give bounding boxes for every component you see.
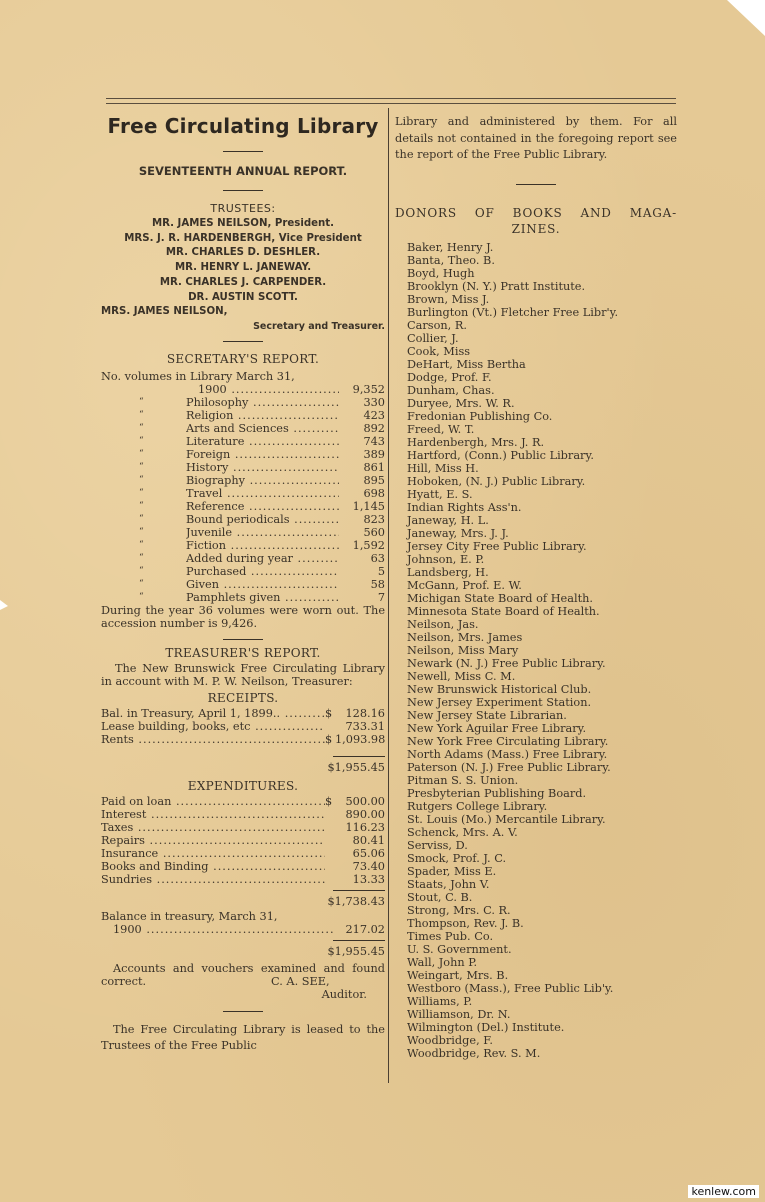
divider — [223, 151, 263, 152]
donor-item: Neilson, Mrs. James — [395, 631, 677, 644]
donor-item: New York Free Circulating Library. — [395, 735, 677, 748]
ditto-mark: “ — [101, 409, 186, 422]
trustees-list: MR. JAMES NEILSON, President. MRS. J. R.… — [101, 217, 385, 335]
volumes-total-row: 1900 9,352 — [101, 383, 385, 396]
donor-item: Cook, Miss — [395, 345, 677, 358]
trustee: DR. AUSTIN SCOTT. — [101, 291, 385, 306]
header-rule — [106, 98, 676, 99]
ditto-mark: “ — [101, 526, 186, 539]
donors-heading: DONORS OF BOOKS AND MAGA- — [395, 205, 677, 221]
ditto-mark: “ — [101, 422, 186, 435]
expenditure-row: Paid on loan$500.00 — [101, 795, 385, 808]
balance-label: Balance in treasury, March 31, — [101, 910, 385, 923]
volume-row: “Pamphlets given7 — [101, 591, 385, 604]
header-rule — [106, 103, 676, 104]
expenditure-row: Books and Binding73.40 — [101, 860, 385, 873]
donor-item: Smock, Prof. J. C. — [395, 852, 677, 865]
volume-category: Bound periodicals — [186, 513, 339, 526]
expenditure-row: Sundries13.33 — [101, 873, 385, 886]
donor-item: Brown, Miss J. — [395, 293, 677, 306]
entry-amount: 890.00 — [335, 808, 385, 821]
donor-item: Johnson, E. P. — [395, 553, 677, 566]
ditto-mark: “ — [101, 539, 186, 552]
trustee: MR. HENRY L. JANEWAY. — [101, 261, 385, 276]
volume-category: Literature — [186, 435, 339, 448]
volume-category: Travel — [186, 487, 339, 500]
volume-count: 1,592 — [339, 539, 385, 552]
trustee: MR. CHARLES D. DESHLER. — [101, 246, 385, 261]
trustee: MR. JAMES NEILSON, President. — [101, 217, 385, 232]
volume-count: 423 — [339, 409, 385, 422]
donor-item: Presbyterian Publishing Board. — [395, 787, 677, 800]
donor-item: Stout, C. B. — [395, 891, 677, 904]
divider — [223, 341, 263, 342]
volume-count: 560 — [339, 526, 385, 539]
ditto-mark: “ — [101, 578, 186, 591]
volume-count: 5 — [339, 565, 385, 578]
receipts-table: Bal. in Treasury, April 1, 1899..$128.16… — [101, 707, 385, 746]
volume-count: 823 — [339, 513, 385, 526]
trustee: MRS. JAMES NEILSON, — [101, 305, 385, 320]
volumes-intro: No. volumes in Library March 31, — [101, 370, 385, 383]
left-column: Free Circulating Library SEVENTEENTH ANN… — [101, 112, 385, 1054]
entry-label: Rents — [101, 733, 325, 746]
volume-row: “Biography895 — [101, 474, 385, 487]
total-rule — [333, 890, 385, 891]
entry-label: Bal. in Treasury, April 1, 1899.. — [101, 707, 325, 720]
donor-item: Spader, Miss E. — [395, 865, 677, 878]
dollar-sign: $ — [325, 707, 335, 720]
auditor-title: Auditor. — [101, 988, 385, 1001]
divider — [223, 639, 263, 640]
volumes-total: 9,352 — [339, 383, 385, 396]
donor-item: Baker, Henry J. — [395, 241, 677, 254]
donor-item: Wilmington (Del.) Institute. — [395, 1021, 677, 1034]
divider — [223, 1011, 263, 1012]
volumes-note: During the year 36 volumes were worn out… — [101, 604, 385, 630]
donor-item: Staats, John V. — [395, 878, 677, 891]
volume-row: “Literature743 — [101, 435, 385, 448]
donor-item: Wall, John P. — [395, 956, 677, 969]
volume-category: History — [186, 461, 339, 474]
dollar-sign: $ — [325, 795, 335, 808]
ditto-mark: “ — [101, 461, 186, 474]
volume-category: Added during year — [186, 552, 339, 565]
donor-item: Michigan State Board of Health. — [395, 592, 677, 605]
donor-item: Hoboken, (N. J.) Public Library. — [395, 475, 677, 488]
receipt-row: Bal. in Treasury, April 1, 1899..$128.16 — [101, 707, 385, 720]
volume-count: 861 — [339, 461, 385, 474]
entry-amount: 128.16 — [335, 707, 385, 720]
entry-amount: 500.00 — [335, 795, 385, 808]
donor-item: Woodbridge, F. — [395, 1034, 677, 1047]
dollar-sign — [325, 834, 335, 847]
donor-item: Westboro (Mass.), Free Public Lib'y. — [395, 982, 677, 995]
treasurer-report-heading: TREASURER'S REPORT. — [101, 646, 385, 660]
donor-item: Neilson, Jas. — [395, 618, 677, 631]
divider — [516, 184, 556, 185]
donor-item: Newell, Miss C. M. — [395, 670, 677, 683]
trustee: MRS. J. R. HARDENBERGH, Vice President — [101, 232, 385, 247]
ditto-mark: “ — [101, 396, 186, 409]
dollar-sign — [325, 873, 335, 886]
volumes-table: “Philosophy330“Religion423“Arts and Scie… — [101, 396, 385, 604]
volume-row: “History861 — [101, 461, 385, 474]
dollar-sign — [325, 860, 335, 873]
donor-item: Neilson, Miss Mary — [395, 644, 677, 657]
receipt-row: Rents$1,093.98 — [101, 733, 385, 746]
expenditures-total: $1,738.43 — [101, 895, 385, 908]
entry-amount: 1,093.98 — [335, 733, 385, 746]
right-column: Library and administered by them. For al… — [395, 112, 677, 1060]
donor-item: Carson, R. — [395, 319, 677, 332]
document-page: Free Circulating Library SEVENTEENTH ANN… — [0, 0, 765, 1202]
volume-count: 330 — [339, 396, 385, 409]
donor-item: Dunham, Chas. — [395, 384, 677, 397]
donor-item: Hartford, (Conn.) Public Library. — [395, 449, 677, 462]
balance-year: 1900 — [101, 923, 335, 936]
donor-item: McGann, Prof. E. W. — [395, 579, 677, 592]
donor-item: Indian Rights Ass'n. — [395, 501, 677, 514]
volume-category: Foreign — [186, 448, 339, 461]
entry-label: Interest — [101, 808, 325, 821]
ditto-mark: “ — [101, 435, 186, 448]
donor-item: Fredonian Publishing Co. — [395, 410, 677, 423]
dollar-sign — [325, 720, 335, 733]
entry-label: Insurance — [101, 847, 325, 860]
entry-label: Taxes — [101, 821, 325, 834]
donor-item: Williams, P. — [395, 995, 677, 1008]
ditto-mark: “ — [101, 565, 186, 578]
expenditure-row: Taxes116.23 — [101, 821, 385, 834]
volume-category: Philosophy — [186, 396, 339, 409]
volume-count: 743 — [339, 435, 385, 448]
trustee: MR. CHARLES J. CARPENDER. — [101, 276, 385, 291]
receipt-row: Lease building, books, etc733.31 — [101, 720, 385, 733]
volume-row: “Religion423 — [101, 409, 385, 422]
volume-category: Purchased — [186, 565, 339, 578]
volume-row: “Juvenile560 — [101, 526, 385, 539]
donor-item: Duryee, Mrs. W. R. — [395, 397, 677, 410]
donor-item: Jersey City Free Public Library. — [395, 540, 677, 553]
volume-row: “Purchased5 — [101, 565, 385, 578]
donor-item: Strong, Mrs. C. R. — [395, 904, 677, 917]
donor-item: Thompson, Rev. J. B. — [395, 917, 677, 930]
entry-amount: 73.40 — [335, 860, 385, 873]
donor-item: Weingart, Mrs. B. — [395, 969, 677, 982]
report-subtitle: SEVENTEENTH ANNUAL REPORT. — [101, 164, 385, 178]
trustee-role: Secretary and Treasurer. — [101, 320, 385, 335]
ditto-mark: “ — [101, 552, 186, 565]
volume-row: “Travel698 — [101, 487, 385, 500]
donor-item: Schenck, Mrs. A. V. — [395, 826, 677, 839]
total-rule — [333, 940, 385, 941]
entry-amount: 80.41 — [335, 834, 385, 847]
donor-item: New Jersey Experiment Station. — [395, 696, 677, 709]
volume-count: 698 — [339, 487, 385, 500]
volume-category: Fiction — [186, 539, 339, 552]
donor-item: Freed, W. T. — [395, 423, 677, 436]
volume-row: “Given58 — [101, 578, 385, 591]
donor-item: New York Aguilar Free Library. — [395, 722, 677, 735]
entry-amount: 65.06 — [335, 847, 385, 860]
donor-item: Serviss, D. — [395, 839, 677, 852]
donor-item: Dodge, Prof. F. — [395, 371, 677, 384]
donor-item: New Brunswick Historical Club. — [395, 683, 677, 696]
receipts-total: $1,955.45 — [101, 761, 385, 774]
donor-item: Boyd, Hugh — [395, 267, 677, 280]
donors-heading-cont: ZINES. — [395, 221, 677, 237]
trustees-heading: TRUSTEES: — [101, 202, 385, 215]
receipts-heading: RECEIPTS. — [101, 691, 385, 705]
grand-total: $1,955.45 — [101, 945, 385, 958]
volume-row: “Foreign389 — [101, 448, 385, 461]
ditto-mark: “ — [101, 448, 186, 461]
entry-label: Repairs — [101, 834, 325, 847]
volume-count: 7 — [339, 591, 385, 604]
volume-category: Given — [186, 578, 339, 591]
entry-label: Paid on loan — [101, 795, 325, 808]
donor-item: North Adams (Mass.) Free Library. — [395, 748, 677, 761]
donor-item: Rutgers College Library. — [395, 800, 677, 813]
watermark: kenlew.com — [688, 1185, 759, 1198]
page-title: Free Circulating Library — [101, 114, 385, 138]
donor-item: Collier, J. — [395, 332, 677, 345]
volume-count: 892 — [339, 422, 385, 435]
volume-category: Pamphlets given — [186, 591, 339, 604]
donor-item: Hardenbergh, Mrs. J. R. — [395, 436, 677, 449]
closing-text: The Free Circulating Library is leased t… — [101, 1022, 385, 1054]
expenditure-row: Repairs80.41 — [101, 834, 385, 847]
ditto-mark: “ — [101, 474, 186, 487]
dollar-sign — [325, 808, 335, 821]
treasurer-intro: The New Brunswick Free Circulating Libra… — [101, 662, 385, 688]
donor-item: DeHart, Miss Bertha — [395, 358, 677, 371]
donor-item: Woodbridge, Rev. S. M. — [395, 1047, 677, 1060]
volume-row: “Arts and Sciences892 — [101, 422, 385, 435]
ditto-mark: “ — [101, 487, 186, 500]
donor-item: Burlington (Vt.) Fletcher Free Libr'y. — [395, 306, 677, 319]
expenditures-heading: EXPENDITURES. — [101, 779, 385, 793]
donor-item: Williamson, Dr. N. — [395, 1008, 677, 1021]
volume-category: Biography — [186, 474, 339, 487]
donor-item: Newark (N. J.) Free Public Library. — [395, 657, 677, 670]
donor-item: Landsberg, H. — [395, 566, 677, 579]
column-divider — [388, 108, 389, 1083]
divider — [223, 190, 263, 191]
volume-row: “Philosophy330 — [101, 396, 385, 409]
auditor-name: C. A. SEE, — [271, 975, 381, 988]
entry-amount: 13.33 — [335, 873, 385, 886]
dollar-sign: $ — [325, 733, 335, 746]
entry-label: Sundries — [101, 873, 325, 886]
dollar-sign — [325, 847, 335, 860]
expenditures-table: Paid on loan$500.00Interest890.00Taxes11… — [101, 795, 385, 886]
volume-row: “Added during year63 — [101, 552, 385, 565]
expenditure-row: Insurance65.06 — [101, 847, 385, 860]
volume-category: Reference — [186, 500, 339, 513]
secretary-report-heading: SECRETARY'S REPORT. — [101, 352, 385, 366]
volume-row: “Reference1,145 — [101, 500, 385, 513]
donor-item: Janeway, H. L. — [395, 514, 677, 527]
donor-item: St. Louis (Mo.) Mercantile Library. — [395, 813, 677, 826]
continuation-text: Library and administered by them. For al… — [395, 114, 677, 164]
entry-label: Lease building, books, etc — [101, 720, 325, 733]
dollar-sign — [325, 821, 335, 834]
donor-item: Janeway, Mrs. J. J. — [395, 527, 677, 540]
volume-category: Juvenile — [186, 526, 339, 539]
donors-list: Baker, Henry J.Banta, Theo. B.Boyd, Hugh… — [395, 241, 677, 1060]
donor-item: Hyatt, E. S. — [395, 488, 677, 501]
balance-value: 217.02 — [335, 923, 385, 936]
donor-item: Banta, Theo. B. — [395, 254, 677, 267]
volume-row: “Bound periodicals823 — [101, 513, 385, 526]
donor-item: Minnesota State Board of Health. — [395, 605, 677, 618]
expenditure-row: Interest890.00 — [101, 808, 385, 821]
total-rule — [333, 756, 385, 757]
volume-category: Arts and Sciences — [186, 422, 339, 435]
volume-count: 895 — [339, 474, 385, 487]
entry-label: Books and Binding — [101, 860, 325, 873]
entry-amount: 116.23 — [335, 821, 385, 834]
ditto-mark: “ — [101, 500, 186, 513]
volumes-year: 1900 — [101, 383, 339, 396]
volume-count: 63 — [339, 552, 385, 565]
volume-count: 58 — [339, 578, 385, 591]
donor-item: Brooklyn (N. Y.) Pratt Institute. — [395, 280, 677, 293]
ditto-mark: “ — [101, 591, 186, 604]
balance-row: 1900 217.02 — [101, 923, 385, 936]
volume-row: “Fiction1,592 — [101, 539, 385, 552]
ditto-mark: “ — [101, 513, 186, 526]
entry-amount: 733.31 — [335, 720, 385, 733]
volume-count: 1,145 — [339, 500, 385, 513]
donor-item: Times Pub. Co. — [395, 930, 677, 943]
volume-count: 389 — [339, 448, 385, 461]
volume-category: Religion — [186, 409, 339, 422]
donor-item: Pitman S. S. Union. — [395, 774, 677, 787]
donor-item: Hill, Miss H. — [395, 462, 677, 475]
donor-item: Paterson (N. J.) Free Public Library. — [395, 761, 677, 774]
donor-item: New Jersey State Librarian. — [395, 709, 677, 722]
donor-item: U. S. Government. — [395, 943, 677, 956]
